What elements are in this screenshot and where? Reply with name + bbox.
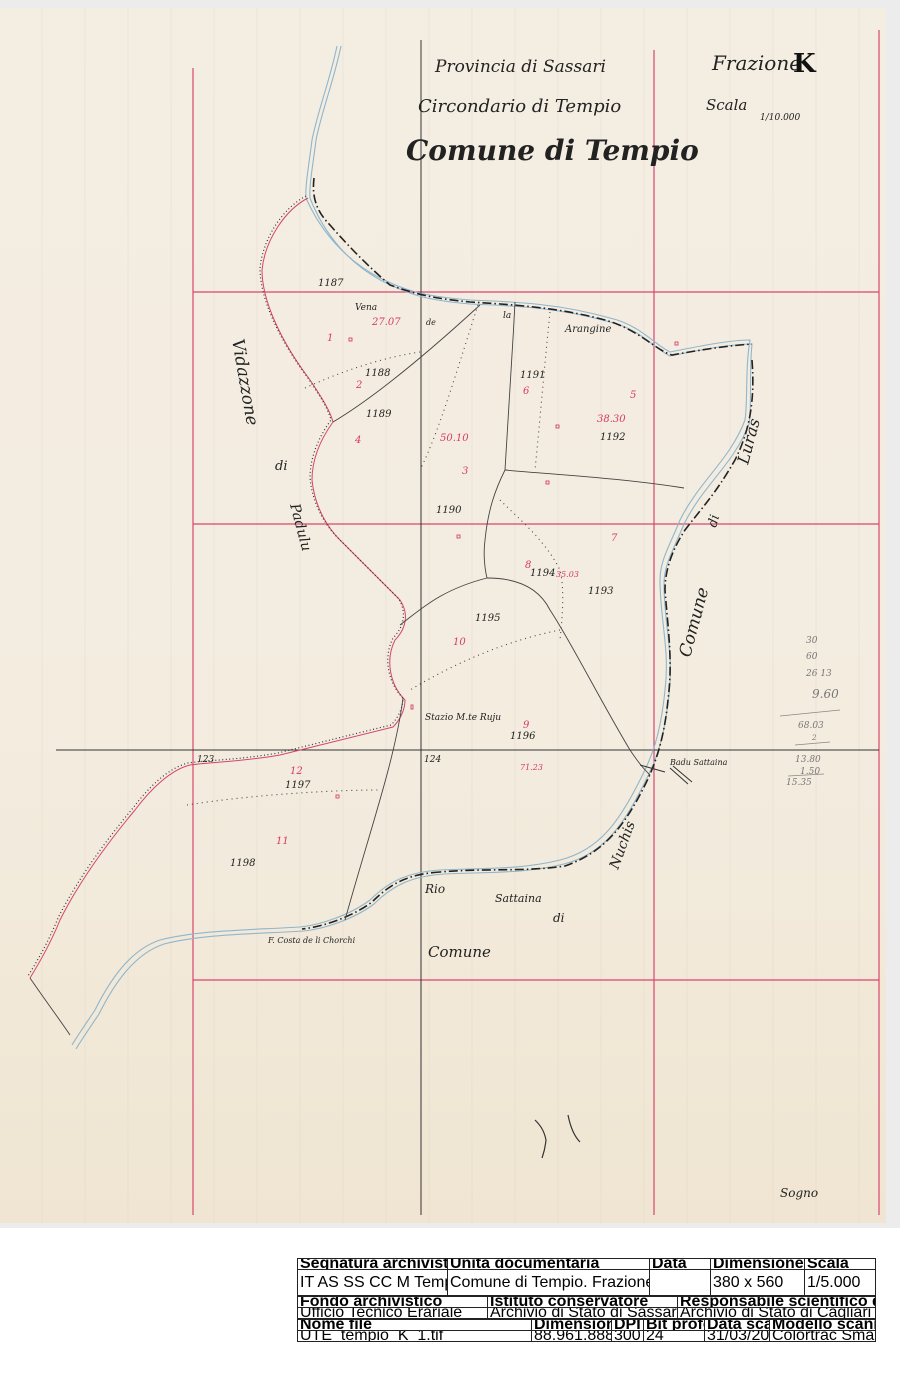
value-dimensione: 88.961.888 — [532, 1331, 612, 1342]
header-dpi: DPI — [612, 1320, 644, 1331]
western-boundary — [30, 198, 405, 978]
label-badu: Badu Sattaina — [669, 758, 728, 767]
metadata-row-3: Nome file Dimensione DPI Bit profondità … — [297, 1319, 876, 1342]
parcel-1192: 1192 — [600, 432, 625, 443]
red-label-4: 4 — [354, 435, 361, 446]
header-responsabile: Responsabile scientifico del progetto — [678, 1297, 876, 1308]
header-scala: Scala — [805, 1259, 876, 1270]
parcel-lines — [30, 302, 684, 1035]
provincia-title: Provincia di Sassari — [434, 57, 606, 77]
scala-value: 1/10.000 — [760, 113, 801, 123]
parcel-1188: 1188 — [365, 368, 390, 379]
western-boundary-dots — [28, 196, 403, 976]
header-fondo: Fondo archivistico — [298, 1297, 488, 1308]
header-data-scansione: Data scansione — [705, 1320, 770, 1331]
header-modello-scanner: Modello scanner — [770, 1320, 876, 1331]
river — [72, 46, 752, 1049]
parcel-1190: 1190 — [436, 505, 462, 516]
parcel-1187: 1187 — [318, 278, 344, 289]
red-parcel-labels: 1 2 3 4 5 6 7 8 9 10 11 12 27.07 50.10 3… — [276, 317, 636, 847]
calc-line-5: 68.03 — [798, 721, 824, 731]
metadata-row-2: Fondo archivistico Istituto conservatore… — [297, 1296, 876, 1319]
header-unita: Unità documentaria — [448, 1259, 650, 1270]
cadastral-map: Provincia di Sassari Circondario di Temp… — [0, 0, 900, 1228]
signature: Sogno — [780, 1186, 818, 1200]
pencil-marks — [535, 1115, 580, 1158]
metadata-row-1: Segnatura archivistica Unità documentari… — [297, 1258, 876, 1296]
header-segnatura: Segnatura archivistica — [298, 1259, 448, 1270]
comune-title: Comune di Tempio — [406, 134, 699, 167]
label-rio: Rio — [424, 882, 445, 896]
value-responsabile: Archivio di Stato di Cagliari — [678, 1308, 876, 1319]
label-funtana: F. Costa de li Chorchi — [267, 936, 356, 945]
municipal-boundary — [302, 178, 753, 929]
parcel-1191: 1191 — [520, 370, 545, 381]
red-label-6: 6 — [523, 386, 530, 397]
value-fondo: Ufficio Tecnico Erariale — [298, 1308, 488, 1319]
red-label-3: 3 — [462, 466, 468, 477]
bridge-symbol — [640, 765, 692, 784]
value-bit-profondita: 24 — [644, 1331, 705, 1342]
label-la: la — [503, 311, 511, 321]
calc-line-3: 26 13 — [805, 669, 832, 679]
parcel-1189: 1189 — [366, 409, 392, 420]
sheet-number-124: 124 — [424, 755, 441, 765]
sheet-number-123: 123 — [197, 755, 214, 765]
red-label-7: 7 — [611, 533, 618, 544]
parcel-1196: 1196 — [510, 731, 536, 742]
parcel-1193: 1193 — [588, 586, 613, 597]
value-modello-scanner: Colortrac SmartIf Cx40 — [770, 1331, 876, 1342]
value-istituto: Archivio di Stato di Sassari — [488, 1308, 678, 1319]
label-luras: Luras — [733, 416, 764, 467]
red-area-5: 71.23 — [520, 763, 543, 772]
scanned-map-area: Provincia di Sassari Circondario di Temp… — [0, 0, 900, 1228]
value-dimensione-mm: 380 x 560 — [711, 1270, 805, 1296]
value-unita: Comune di Tempio. Frazione K — [448, 1270, 650, 1296]
label-vena: Vena — [355, 303, 377, 313]
header-data: Data — [650, 1259, 711, 1270]
header-istituto: Istituto conservatore — [488, 1297, 678, 1308]
label-di-bottom: di — [553, 911, 565, 925]
red-grid — [193, 30, 879, 1215]
frazione-letter: K — [793, 49, 817, 79]
black-grid — [56, 40, 879, 1215]
header-dimensione: Dimensione — [532, 1320, 612, 1331]
red-area-1: 27.07 — [371, 317, 401, 328]
parcel-1194: 1194 — [530, 568, 555, 579]
label-sattaina: Sattaina — [495, 892, 542, 905]
calc-line-6: 2 — [811, 734, 817, 742]
label-padulu: Padulu — [286, 501, 314, 553]
value-scala: 1/5.000 — [805, 1270, 876, 1296]
red-label-10: 10 — [453, 637, 466, 648]
red-label-9: 9 — [523, 720, 530, 731]
label-de: de — [426, 318, 436, 327]
value-segnatura: IT AS SS CC M Tempio 041 — [298, 1270, 448, 1296]
red-label-1: 1 — [327, 333, 333, 344]
value-dpi: 300 — [612, 1331, 644, 1342]
red-label-2: 2 — [355, 380, 362, 391]
value-data — [650, 1270, 711, 1296]
red-label-11: 11 — [276, 836, 289, 847]
label-comune-bottom: Comune — [428, 943, 491, 961]
value-nome-file: UTE_tempio_K_1.tif — [298, 1331, 532, 1342]
label-comune-luras: Comune — [676, 585, 714, 659]
margin-calculations: 30 60 26 13 9.60 68.03 2 13.80 1.50 15.3… — [780, 636, 840, 788]
circondario-title: Circondario di Tempio — [418, 96, 621, 117]
red-label-12: 12 — [290, 766, 303, 777]
label-arangine: Arangine — [564, 324, 611, 335]
red-label-8: 8 — [525, 560, 531, 571]
building-markers — [336, 338, 678, 798]
label-stazio: Stazio M.te Ruju — [425, 713, 501, 723]
label-di-luras: di — [705, 513, 723, 529]
calc-line-7: 13.80 — [795, 755, 821, 765]
header-nome-file: Nome file — [298, 1320, 532, 1331]
calc-line-9: 15.35 — [786, 778, 812, 788]
parcel-1195: 1195 — [475, 613, 500, 624]
red-area-4: 35.03 — [556, 570, 579, 579]
header-bit-profondita: Bit profondità — [644, 1320, 705, 1331]
calc-line-2: 60 — [806, 652, 818, 662]
red-area-2: 50.10 — [440, 433, 469, 444]
parcel-1198: 1198 — [230, 858, 255, 869]
red-area-3: 38.30 — [597, 414, 626, 425]
parcel-1197: 1197 — [285, 780, 311, 791]
value-data-scansione: 31/03/2009 — [705, 1331, 770, 1342]
calc-line-4: 9.60 — [812, 687, 839, 701]
calc-line-1: 30 — [806, 636, 818, 646]
label-vidazzone: Vidazzone — [227, 337, 262, 427]
label-di: di — [275, 459, 287, 474]
scala-label: Scala — [706, 96, 747, 114]
frazione-label: Frazione — [711, 51, 801, 75]
metadata-table: Segnatura archivistica Unità documentari… — [297, 1258, 875, 1342]
header-dimensione-mm: Dimensione (mm) bxh — [711, 1259, 805, 1270]
red-label-5: 5 — [630, 390, 636, 401]
